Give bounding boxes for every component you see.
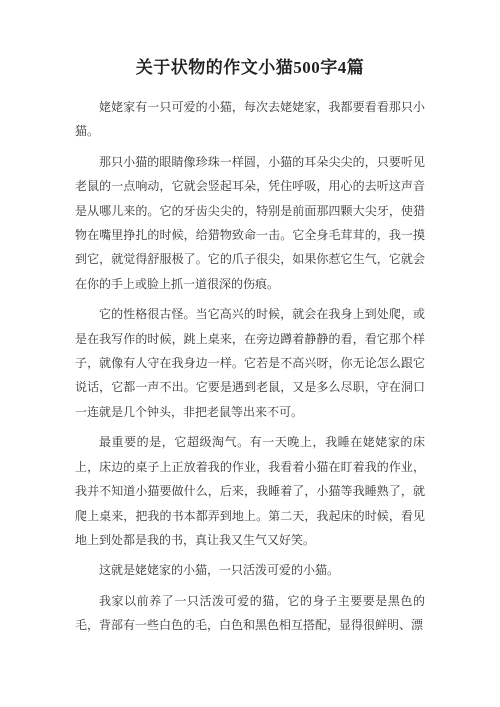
paragraph: 我家以前养了一只活泼可爱的猫，它的身子主要要是黑色的毛，背部有一些白色的毛，白色… bbox=[75, 589, 425, 638]
document-page: 关于状物的作文小猫500字4篇 姥姥家有一只可爱的小猫，每次去姥姥家，我都要看看… bbox=[0, 0, 500, 707]
page-title: 关于状物的作文小猫500字4篇 bbox=[75, 57, 425, 79]
document-body: 姥姥家有一只可爱的小猫，每次去姥姥家，我都要看看那只小猫。那只小猫的眼睛像珍珠一… bbox=[75, 95, 425, 638]
paragraph: 它的性格很古怪。当它高兴的时候，就会在我身上到处爬，或是在我写作的时候，跳上桌来… bbox=[75, 302, 425, 424]
paragraph: 姥姥家有一只可爱的小猫，每次去姥姥家，我都要看看那只小猫。 bbox=[75, 95, 425, 144]
paragraph: 那只小猫的眼睛像珍珠一样圆，小猫的耳朵尖尖的，只要听见老鼠的一点响动，它就会竖起… bbox=[75, 150, 425, 296]
paragraph: 这就是姥姥家的小猫，一只活泼可爱的小猫。 bbox=[75, 558, 425, 582]
paragraph: 最重要的是，它超级淘气。有一天晚上，我睡在姥姥家的床上，床边的桌子上正放着我的作… bbox=[75, 430, 425, 552]
